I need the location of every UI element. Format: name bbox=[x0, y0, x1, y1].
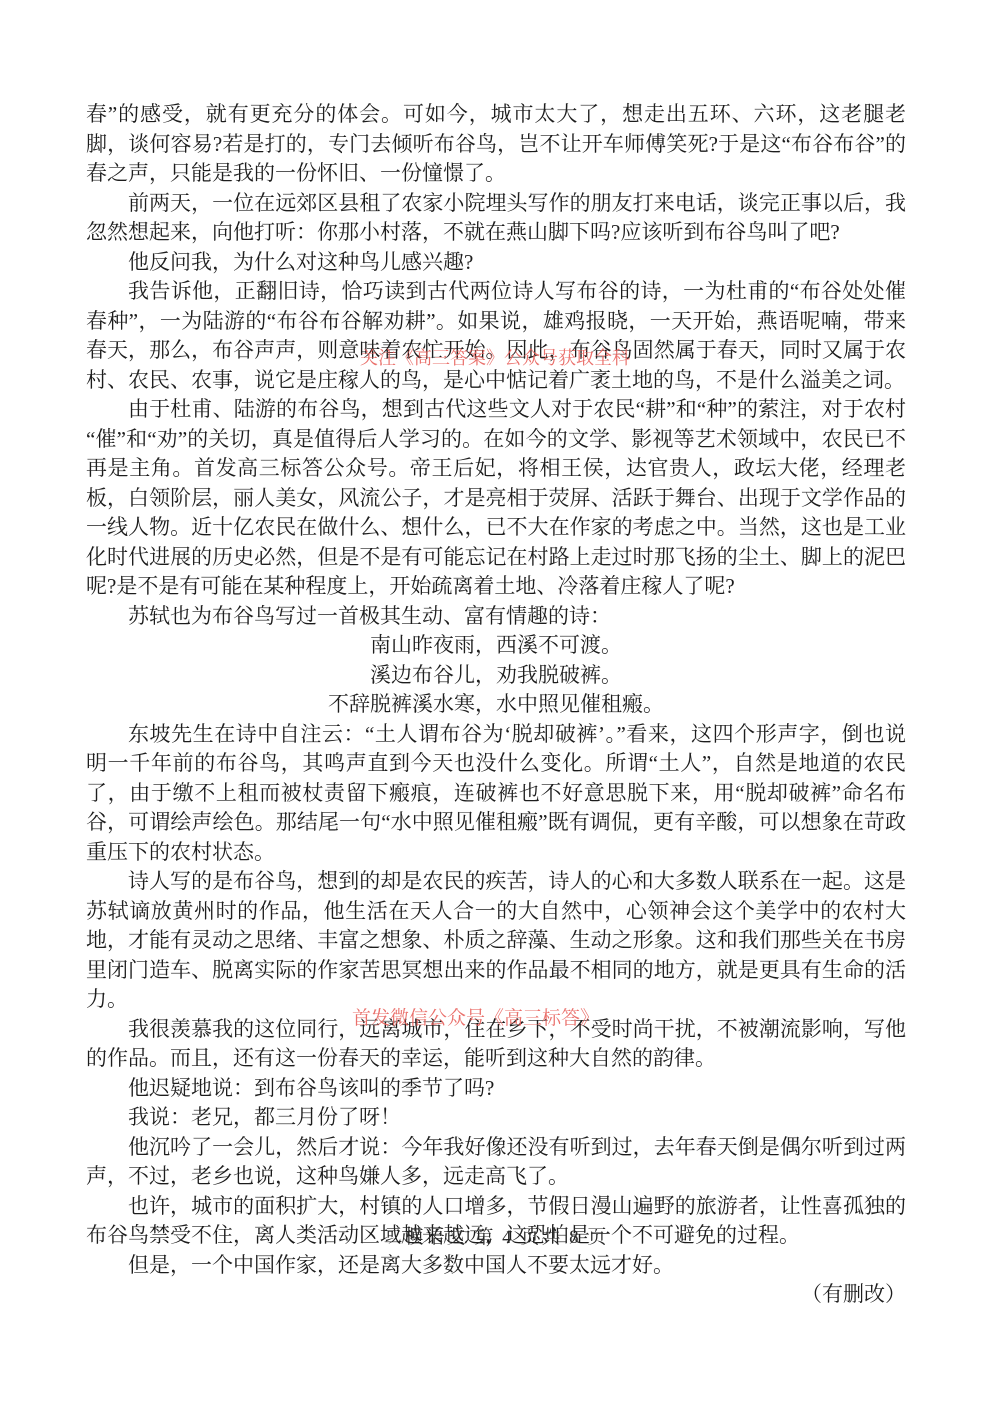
article-body: 春”的感受，就有更充分的体会。可如今，城市太大了，想走出五环、六环，这老腿老脚，… bbox=[86, 100, 906, 1310]
paragraph: 苏轼也为布谷鸟写过一首极其生动、富有情趣的诗： bbox=[86, 602, 906, 632]
paragraph: 我说：老兄，都三月份了呀！ bbox=[86, 1103, 906, 1133]
watermark-ad-1: 关注《高三答案》公众号获取全科 bbox=[360, 344, 630, 370]
paragraph: 春”的感受，就有更充分的体会。可如今，城市太大了，想走出五环、六环，这老腿老脚，… bbox=[86, 100, 906, 189]
page-footer: 二模语文 第 4 页共 8 页 bbox=[0, 1222, 992, 1249]
paragraph: 诗人写的是布谷鸟，想到的却是农民的疾苦，诗人的心和大多数人联系在一起。这是苏轼谪… bbox=[86, 867, 906, 1015]
paragraph: 他迟疑地说：到布谷鸟该叫的季节了吗? bbox=[86, 1074, 906, 1104]
paragraph: （有删改） bbox=[86, 1280, 906, 1310]
paragraph: 他沉吟了一会儿，然后才说：今年我好像还没有听到过，去年春天倒是偶尔听到过两声，不… bbox=[86, 1133, 906, 1192]
paragraph: 前两天，一位在远郊区县租了农家小院埋头写作的朋友打来电话，谈完正事以后，我忽然想… bbox=[86, 189, 906, 248]
paragraph: 他反问我，为什么对这种鸟儿感兴趣? bbox=[86, 248, 906, 278]
paragraph: 但是，一个中国作家，还是离大多数中国人不要太远才好。 bbox=[86, 1251, 906, 1281]
paragraph: 东坡先生在诗中自注云：“土人谓布谷为‘脱却破裤’。”看来，这四个形声字，倒也说明… bbox=[86, 720, 906, 868]
paragraph: 南山昨夜雨，西溪不可渡。 bbox=[86, 631, 906, 661]
paragraph: 由于杜甫、陆游的布谷鸟，想到古代这些文人对于农民“耕”和“种”的萦注，对于农村“… bbox=[86, 395, 906, 602]
paragraph: 溪边布谷儿，劝我脱破裤。 bbox=[86, 661, 906, 691]
paragraph: 我告诉他，正翻旧诗，恰巧读到古代两位诗人写布谷的诗，一为杜甫的“布谷处处催春种”… bbox=[86, 277, 906, 395]
document-page: 春”的感受，就有更充分的体会。可如今，城市太大了，想走出五环、六环，这老腿老脚，… bbox=[0, 0, 992, 1403]
paragraph: 不辞脱裤溪水寒，水中照见催租瘢。 bbox=[86, 690, 906, 720]
watermark-ad-2: 首发微信公众号《高三标答》 bbox=[352, 1003, 599, 1030]
